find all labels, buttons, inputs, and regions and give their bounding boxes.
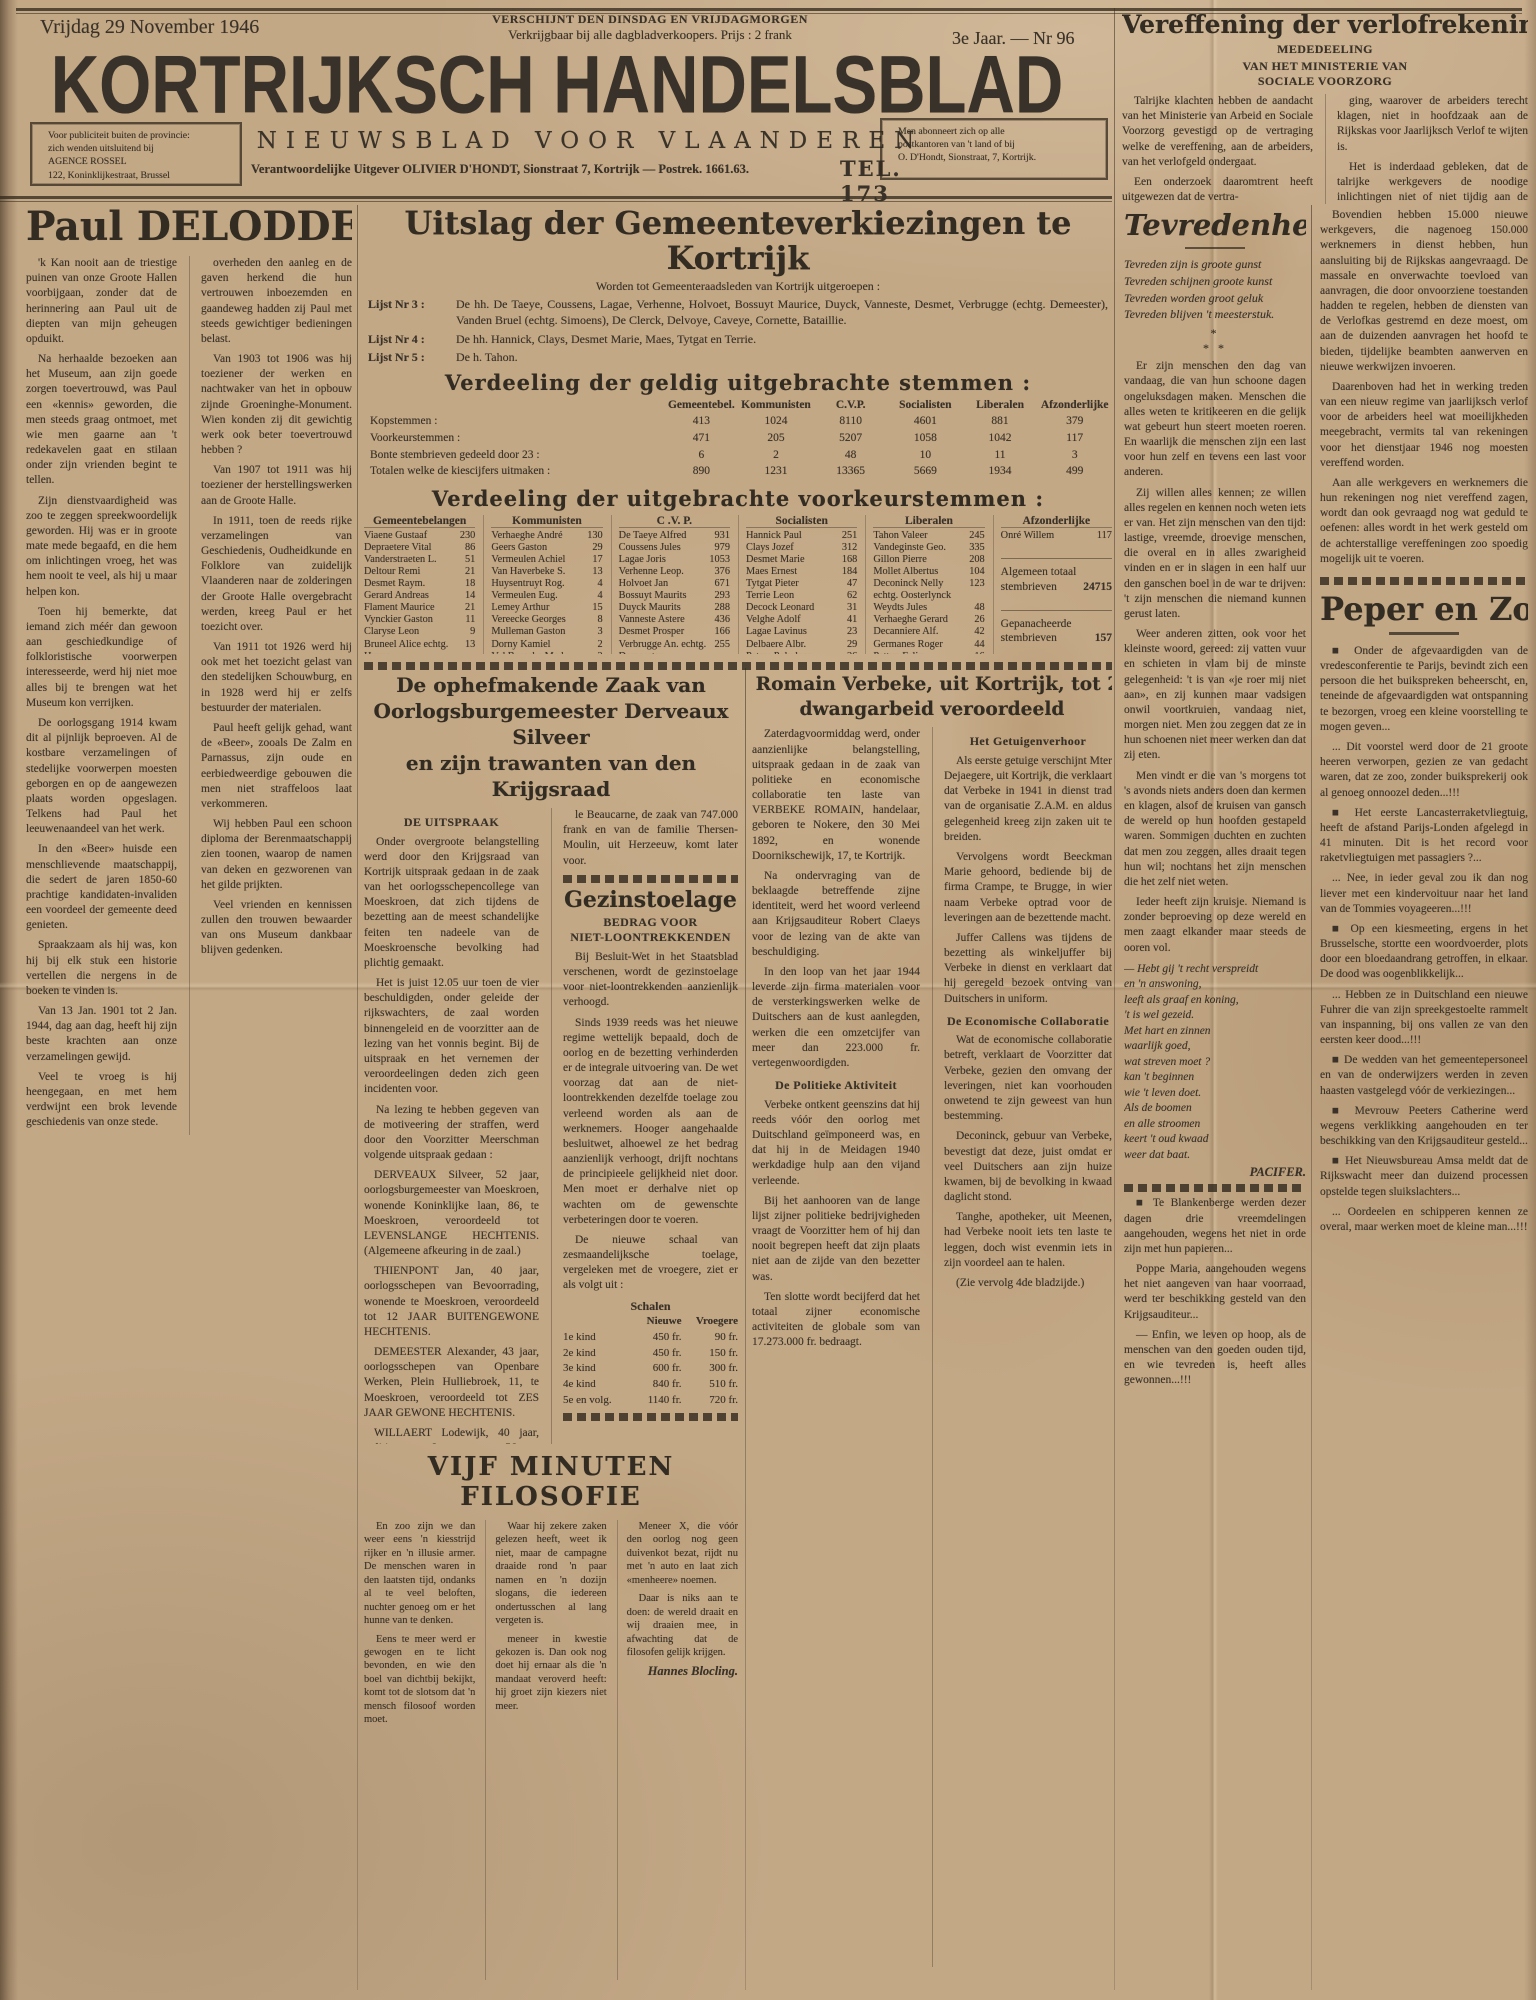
subscription-box: Men abonneert zich op allepostkantoren v… <box>880 118 1108 180</box>
schalen-row: 2e kind450 fr.150 fr. <box>563 1346 738 1362</box>
article-paragraph: Paul heeft gelijk gehad, want de «Beer»,… <box>201 721 352 812</box>
article-paragraph: Bij het aanhooren van de lange lijst zij… <box>752 1194 920 1285</box>
candidate-row: Delbaere Albr.29 <box>746 639 857 651</box>
candidate-row: Clays Jozef312 <box>746 542 857 554</box>
tevredenheid-headline: Tevredenheid <box>1124 208 1306 242</box>
article-paragraph: Na ondervraging van de beklaagde betreff… <box>752 869 920 960</box>
verdict-list: DERVEAUX Silveer, 52 jaar, oorlogsburgem… <box>364 1168 539 1444</box>
article-paragraph: Toen hij bemerkte, dat iemand zich méér … <box>26 605 177 711</box>
candidate-row: Mollet Albertus104 <box>873 566 984 578</box>
candidate-row: Maes Ernest184 <box>746 566 857 578</box>
section-divider-dashed <box>364 662 1112 670</box>
article-paragraph: Van 1911 tot 1926 werd hij ook met het t… <box>201 640 352 716</box>
poem-line: wat streven moet ? <box>1124 1055 1306 1071</box>
article-vereffening: Vereffening der verlofrekeningen MEDEDEE… <box>1122 12 1528 204</box>
headline-underline <box>1389 632 1459 635</box>
candidate-row: Holvoet Jan671 <box>619 578 730 590</box>
subscription-line: Men abonneert zich op alle <box>886 125 1102 138</box>
article-paragraph: le Beaucarne, de zaak van 747.000 frank … <box>563 808 738 869</box>
article-paragraph: — Enfin, we leven op hoop, als de mensch… <box>1124 1328 1306 1389</box>
article-paragraph: Spraakzaam als hij was, kon hij bij elk … <box>26 938 177 999</box>
voorkeur-col-afzonderlijke: Afzonderlijke Onré Willem117 Algemeen to… <box>993 515 1112 654</box>
verdict-paragraph: DERVEAUX Silveer, 52 jaar, oorlogsburgem… <box>364 1168 539 1259</box>
candidate-row: Vanderstraeten L.51 <box>364 554 475 566</box>
tevredenheid-poem: — Hebt gij 't recht verspreidten 'n answ… <box>1124 962 1306 1164</box>
poem-line: kan 't beginnen <box>1124 1070 1306 1086</box>
stemmen-row: Voorkeurstemmen :471205520710581042117 <box>364 430 1112 447</box>
article-paragraph: Meneer X, die vóór den oorlog nog geen d… <box>627 1520 738 1587</box>
candidate-row: Vanneste Astere436 <box>619 614 730 626</box>
article-paragraph: overheden den aanleg en de gaven herkend… <box>201 256 352 347</box>
candidate-row: Onré Willem117 <box>1001 530 1112 542</box>
ad-box-line: Voor publiciteit buiten de provincie: <box>36 129 236 142</box>
elections-lists: Lijst Nr 3 :De hh. De Taeye, Coussens, L… <box>364 297 1112 365</box>
column-divider <box>745 668 746 1990</box>
schalen-title: Schalen <box>563 1299 738 1314</box>
article-paragraph: Een onderzoek daaromtrent heeft uitgewez… <box>1122 175 1313 204</box>
deloddere-headline: Paul DELODDERE <box>26 206 345 248</box>
stemmen-row: Totalen welke de kiescijfers uitmaken :8… <box>364 463 1112 480</box>
poem-line: en alle stroomen <box>1124 1117 1306 1133</box>
candidate-row: Vereecke Georges8 <box>491 614 602 626</box>
article-paragraph: Juffer Callens was tijdens de bezetting … <box>944 931 1112 1007</box>
elections-headline: Uitslag der Gemeenteverkiezingen te Kort… <box>364 206 1112 276</box>
article-paragraph: Eens te meer werd er gewogen en te licht… <box>364 1633 475 1727</box>
candidate-row: Tytgat Pieter47 <box>746 578 857 590</box>
peper-headline: Peper en Zout <box>1320 593 1528 625</box>
elections-list-line: Lijst Nr 4 :De hh. Hannick, Clays, Desme… <box>368 332 1108 348</box>
schalen-table: 1e kind450 fr.90 fr.2e kind450 fr.150 fr… <box>563 1330 738 1410</box>
stemmen-row: Bonte stembrieven gedeeld door 23 :62481… <box>364 447 1112 464</box>
news-brief: ■ De wedden van het gemeentepersoneel en… <box>1320 1053 1528 1099</box>
tevredenheid-items: ■ Te Blankenberge werden dezer dagen dri… <box>1124 1196 1306 1388</box>
article-paragraph: Daarenboven had het in werking treden va… <box>1320 380 1528 471</box>
deloddere-col1: 'k Kan nooit aan de triestige puinen van… <box>26 256 177 1135</box>
schedule-line1: VERSCHIJNT DEN DINSDAG EN VRIJDAGMORGEN <box>430 12 870 27</box>
headline-underline <box>1185 247 1245 249</box>
voorkeur-col-kommunisten: Kommunisten Verhaeghe André130Geers Gast… <box>483 515 602 654</box>
article-paragraph: En zoo zijn we dan weer eens 'n kiesstri… <box>364 1520 475 1628</box>
article-paragraph: Zijn dienstvaardigheid was zoo te zeggen… <box>26 494 177 600</box>
schalen-header-row: NieuweVroegere <box>563 1314 738 1330</box>
party-header: C .V. P. <box>619 515 730 528</box>
column-divider <box>1114 8 1115 1990</box>
tevredenheid-body: Er zijn menschen den dag van vandaag, di… <box>1124 359 1306 956</box>
article-paragraph: Ieder heeft zijn kruisje. Niemand is zon… <box>1124 895 1306 956</box>
candidate-row: Vynckier Gaston11 <box>364 614 475 626</box>
candidate-row: Bossuyt Maurits293 <box>619 590 730 602</box>
candidate-row: Duyck Maurits288 <box>619 602 730 614</box>
subscription-line: postkantoren van 't land of bij <box>886 138 1102 151</box>
article-paragraph: Weer anderen zitten, ook voor het kleins… <box>1124 627 1306 764</box>
article-paragraph: Veel te vroeg is hij heengegaan, en met … <box>26 1070 177 1131</box>
article-paragraph: De oorlogsgang 1914 kwam dit al pijnlijk… <box>26 716 177 837</box>
candidate-row: Viaene Gustaaf230 <box>364 530 475 542</box>
candidate-row: Lagae Lavinus23 <box>746 626 857 638</box>
schalen-row: 3e kind600 fr.300 fr. <box>563 1361 738 1377</box>
verbeke-headline: Romain Verbeke, uit Kortrijk, tot 20 jaa… <box>756 672 1109 721</box>
article-paragraph: Er zijn menschen den dag van vandaag, di… <box>1124 359 1306 480</box>
vereffening-col2: ging, waarover de arbeiders terecht klag… <box>1325 94 1528 204</box>
tevredenheid-divider <box>1124 1184 1306 1192</box>
article-tevredenheid: Tevredenheid Tevreden zijn is groote gun… <box>1124 208 1306 1990</box>
ballot-totals: Algemeen totaal stembrieven24715Gepanach… <box>1001 558 1112 654</box>
article-paragraph: Tanghe, apotheker, uit Meenen, had Verbe… <box>944 1210 1112 1271</box>
article-paragraph: (Zie vervolg 4de bladzijde.) <box>944 1276 1112 1291</box>
asterisk-separator: ** * <box>1124 326 1306 356</box>
elections-list-line: Lijst Nr 5 :De h. Tahon. <box>368 350 1108 366</box>
article-paragraph: Na herhaalde bezoeken aan het Museum, aa… <box>26 352 177 489</box>
schalen-table-head: NieuweVroegere <box>563 1314 738 1330</box>
peper-items: ■ Onder de afgevaardigden van de vredesc… <box>1320 644 1528 1235</box>
candidate-row: Peters Polydoor26 <box>746 651 857 654</box>
candidate-row: Deltour Remi21 <box>364 566 475 578</box>
voorkeur-columns: Gemeentebelangen Viaene Gustaaf230Deprae… <box>364 515 1112 654</box>
column-divider <box>1311 205 1312 1990</box>
poem-line: waarlijk goed, <box>1124 1039 1306 1055</box>
ad-box-line: AGENCE ROSSEL <box>36 155 236 168</box>
candidate-row: Decanniere Alf.42 <box>873 626 984 638</box>
candidate-row: Terrie Leon62 <box>746 590 857 602</box>
article-paragraph: Als eerste getuige verschijnt Mter Dejae… <box>944 754 1112 845</box>
candidate-row: Pattyn Felix16 <box>873 651 984 654</box>
article-paragraph: ■ Te Blankenberge werden dezer dagen dri… <box>1124 1196 1306 1257</box>
article-paragraph: Van 13 Jan. 1901 tot 2 Jan. 1944, dag aa… <box>26 1004 177 1065</box>
filosofie-col1: En zoo zijn we dan weer eens 'n kiesstri… <box>364 1520 475 1980</box>
filosofie-col3: Meneer X, die vóór den oorlog nog geen d… <box>617 1520 738 1980</box>
verbeke-subhead-economisch: De Economische Collaboratie <box>944 1014 1112 1030</box>
party-header: Socialisten <box>746 515 857 528</box>
article-verbeke: Romain Verbeke, uit Kortrijk, tot 20 jaa… <box>752 672 1112 1990</box>
candidate-row: Hannick Paul251 <box>746 530 857 542</box>
gezinstoelage-divider <box>563 875 738 883</box>
candidate-row: Desmet Marie168 <box>746 554 857 566</box>
article-paragraph: Waar hij zekere zaken gelezen heeft, wee… <box>495 1520 606 1628</box>
article-paragraph: Onder overgroote belangstelling werd doo… <box>364 835 539 972</box>
candidate-row: Tahon Valeer245 <box>873 530 984 542</box>
candidate-row: Lemey Arthur15 <box>491 602 602 614</box>
party-header: Afzonderlijke <box>1001 515 1112 528</box>
stemmen-row: Kopstemmen :413102481104601881379 <box>364 413 1112 430</box>
news-brief: ... Dit voorstel werd door de 21 groote … <box>1320 740 1528 801</box>
advertising-box: Voor publiciteit buiten de provincie:zic… <box>30 122 242 186</box>
voorkeur-col-cvp: C .V. P. De Taeye Alfred931Coussens Jule… <box>611 515 730 654</box>
candidate-row: Verhenne Leop.376 <box>619 566 730 578</box>
voorkeur-col-liberalen: Liberalen Tahon Valeer245Vandeginste Geo… <box>865 515 984 654</box>
vereffening-subhead: VAN HET MINISTERIE VAN <box>1122 59 1528 75</box>
candidate-row: Desmet Prosper166 <box>619 626 730 638</box>
article-gezinstoelage: Gezinstoelage BEDRAG VOOR NIET-LOONTREKK… <box>563 875 738 1422</box>
candidate-row: Mulleman Gaston3 <box>491 626 602 638</box>
newspaper-page: Vrijdag 29 November 1946 VERSCHIJNT DEN … <box>0 0 1536 2000</box>
verdict-paragraph: DEMEESTER Alexander, 43 jaar, oorlogssch… <box>364 1345 539 1421</box>
article-paragraph: Wat de economische collaboratie betreft,… <box>944 1033 1112 1124</box>
article-paragraph: Sinds 1939 reeds was het nieuwe regime w… <box>563 1016 738 1228</box>
news-brief: ■ Op een kiesmeeting, ergens in het Brus… <box>1320 922 1528 983</box>
verbeke-col1: Zaterdagvoormiddag werd, onder aanzienli… <box>752 727 920 1967</box>
article-paragraph: Bovendien hebben 15.000 nieuwe werkgever… <box>1320 208 1528 375</box>
gezinstoelage-subhead: BEDRAG VOOR <box>563 915 738 931</box>
news-brief: ... Oordeelen en schipperen kennen ze ov… <box>1320 1205 1528 1235</box>
candidate-row: Germanes Roger44 <box>873 639 984 651</box>
motto-line: Tevreden worden groot geluk <box>1124 290 1306 307</box>
candidate-row: Flament Maurice21 <box>364 602 475 614</box>
candidate-row: Desmet Raym.18 <box>364 578 475 590</box>
article-paragraph: Verbeke ontkent geenszins dat hij reeds … <box>752 1098 920 1189</box>
filosofie-signature: Hannes Blocling. <box>627 1664 738 1679</box>
subscription-line: O. D'Hondt, Sionstraat, 7, Kortrijk. <box>886 151 1102 164</box>
poem-line: 't is wel gezeid. <box>1124 1008 1306 1024</box>
candidate-row: Verhaeghe Gerard26 <box>873 614 984 626</box>
article-paragraph: Het is inderdaad gebleken, dat de talrij… <box>1337 160 1528 204</box>
deloddere-col2: overheden den aanleg en de gaven herkend… <box>189 256 352 1135</box>
article-paragraph: Talrijke klachten hebben de aandacht van… <box>1122 94 1313 170</box>
motto-line: Tevreden blijven 't meesterstuk. <box>1124 306 1306 323</box>
poem-line: keert 't oud kwaad <box>1124 1132 1306 1148</box>
issue-date: Vrijdag 29 November 1946 <box>40 16 380 39</box>
article-paragraph: Men vindt er die van 's morgens tot 's a… <box>1124 769 1306 890</box>
newspaper-title: KORTRIJKSCH HANDELSBLAD <box>20 44 1094 126</box>
derveaux-col2: le Beaucarne, de zaak van 747.000 frank … <box>551 808 738 1444</box>
filosofie-col2: Waar hij zekere zaken gelezen heeft, wee… <box>485 1520 606 1980</box>
article-paragraph: Wij hebben Paul een schoon diploma der B… <box>201 817 352 893</box>
article-filosofie: VIJF MINUTEN FILOSOFIE En zoo zijn we da… <box>364 1452 738 1990</box>
article-paragraph: Het is juist 12.05 uur toen de vier besc… <box>364 976 539 1097</box>
candidate-row: De Taeye Alfred931 <box>619 530 730 542</box>
elections-list-line: Lijst Nr 3 :De hh. De Taeye, Coussens, L… <box>368 297 1108 328</box>
article-paragraph: De nieuwe schaal van zesmaandelijksche t… <box>563 1233 738 1294</box>
ad-box-line: zich wenden uitsluitend bij <box>36 142 236 155</box>
gezinstoelage-subhead: NIET-LOONTREKKENDEN <box>563 930 738 946</box>
schedule-line2: Verkrijgbaar bij alle dagbladverkoopers.… <box>430 27 870 43</box>
poem-line: en 'n answoning, <box>1124 977 1306 993</box>
right-column: Bovendien hebben 15.000 nieuwe werkgever… <box>1320 208 1528 1990</box>
article-deloddere: Paul DELODDERE 'k Kan nooit aan de tries… <box>26 206 352 1990</box>
candidate-row: Verhaeghe André130 <box>491 530 602 542</box>
candidate-row: Lagae Joris1053 <box>619 554 730 566</box>
article-elections: Uitslag der Gemeenteverkiezingen te Kort… <box>364 206 1112 654</box>
candidate-row: Deconinck Nelly echtg. Oosterlynck123 <box>873 578 984 602</box>
candidate-row: Coussens Jules979 <box>619 542 730 554</box>
vereffening-continuation: Bovendien hebben 15.000 nieuwe werkgever… <box>1320 208 1528 567</box>
verdict-paragraph: THIENPONT Jan, 40 jaar, oorlogsschepen v… <box>364 1264 539 1340</box>
schalen-row: 4e kind840 fr.510 fr. <box>563 1377 738 1393</box>
gezinstoelage-end-divider <box>563 1413 738 1421</box>
verbeke-subhead-getuigen: Het Getuigenverhoor <box>944 734 1112 750</box>
peper-divider <box>1320 577 1528 585</box>
ballot-total-row: Gepanacheerde stembrieven157 <box>1001 610 1112 646</box>
candidate-row: Vandeginste Geo.335 <box>873 542 984 554</box>
voorkeur-title: Verdeeling der uitgebrachte voorkeurstem… <box>364 486 1112 511</box>
candidate-row: Vermeulen Achiel17 <box>491 554 602 566</box>
candidate-row: V.d.Bussche Med.2 <box>491 651 602 654</box>
ballot-total-row: Algemeen totaal stembrieven24715 <box>1001 558 1112 594</box>
elections-intro: Worden tot Gemeenteraadsleden van Kortri… <box>364 279 1112 294</box>
verbeke-subhead-politiek: De Politieke Aktiviteit <box>752 1078 920 1094</box>
gezinstoelage-headline: Gezinstoelage <box>563 887 738 913</box>
motto-line: Tevreden zijn is groote gunst <box>1124 256 1306 273</box>
party-header: Liberalen <box>873 515 984 528</box>
voorkeur-col-gemeentebelangen: Gemeentebelangen Viaene Gustaaf230Deprae… <box>364 515 475 654</box>
candidate-row: Gerard Andreas14 <box>364 590 475 602</box>
vereffening-headline: Vereffening der verlofrekeningen <box>1122 12 1528 38</box>
party-header: Gemeentebelangen <box>364 515 475 528</box>
candidate-row: Velghe Adolf41 <box>746 614 857 626</box>
poem-line: Met hart en zinnen <box>1124 1024 1306 1040</box>
ad-box-line: 122, Koninklijkestraat, Brussel <box>36 169 236 182</box>
candidate-row: Van Haverbeke S.13 <box>491 566 602 578</box>
article-paragraph: Daar is niks aan te doen: de wereld draa… <box>627 1592 738 1659</box>
article-paragraph: Deconinck, gebuur van Verbeke, bevestigt… <box>944 1129 1112 1205</box>
candidate-row: Depraetere Vital86 <box>364 542 475 554</box>
article-paragraph: Van 1907 tot 1911 was hij toeziener der … <box>201 463 352 509</box>
article-derveaux: De ophefmakende Zaak van Oorlogsburgemee… <box>364 672 738 1444</box>
poem-line: wie 't leven doet. <box>1124 1086 1306 1102</box>
vereffening-subhead: MEDEDEELING <box>1122 42 1528 58</box>
candidate-row: Weydts Jules48 <box>873 602 984 614</box>
schalen-row: 5e en volg.1140 fr.720 fr. <box>563 1393 738 1409</box>
article-paragraph: Na lezing te hebben gegeven van de motiv… <box>364 1103 539 1164</box>
candidate-row: Geers Gaston29 <box>491 542 602 554</box>
news-brief: ... Hebben ze in Duitschland een nieuwe … <box>1320 988 1528 1049</box>
poem-line: — Hebt gij 't recht verspreidt <box>1124 962 1306 978</box>
article-paragraph: ging, waarover de arbeiders terecht klag… <box>1337 94 1528 155</box>
stemmen-table: Kopstemmen :413102481104601881379Voorkeu… <box>364 413 1112 480</box>
article-paragraph: Aan alle werkgevers en werknemers die hu… <box>1320 476 1528 567</box>
vereffening-col1: Talrijke klachten hebben de aandacht van… <box>1122 94 1313 204</box>
derveaux-headline: De ophefmakende Zaak van Oorlogsburgemee… <box>364 672 738 802</box>
candidate-row: Vermeulen Eug.4 <box>491 590 602 602</box>
article-paragraph: Van 1903 tot 1906 was hij toeziener der … <box>201 352 352 458</box>
article-paragraph: Zaterdagvoormiddag werd, onder aanzienli… <box>752 727 920 864</box>
stemmen-title: Verdeeling der geldig uitgebrachte stemm… <box>364 370 1112 395</box>
article-paragraph: In den loop van het jaar 1944 leverde zi… <box>752 965 920 1071</box>
candidate-row: Claryse Leon9 <box>364 626 475 638</box>
publisher-line: Verantwoordelijke Uitgever OLIVIER D'HON… <box>170 162 830 177</box>
stemmen-header-row: Gemeentebel.KommunistenC.V.P.Socialisten… <box>364 397 1112 414</box>
derveaux-col1: DE UITSPRAAK Onder overgroote belangstel… <box>364 808 539 1444</box>
candidate-row: Gillon Pierre208 <box>873 554 984 566</box>
voorkeur-col-socialisten: Socialisten Hannick Paul251Clays Jozef31… <box>738 515 857 654</box>
poem-line: leeft als graaf en koning, <box>1124 993 1306 1009</box>
article-paragraph: Veel vrienden en kennissen zullen den tr… <box>201 898 352 959</box>
filosofie-headline: VIJF MINUTEN FILOSOFIE <box>364 1452 738 1512</box>
article-paragraph: Poppe Maria, aangehouden wegens het niet… <box>1124 1262 1306 1323</box>
article-paragraph: meneer in kwestie gekozen is. Dan ook no… <box>495 1633 606 1714</box>
candidate-row: Verbrugge An. echtg. Demeester255 <box>619 639 730 654</box>
article-paragraph: In 1911, toen de reeds rijke verzameling… <box>201 514 352 635</box>
article-paragraph: 'k Kan nooit aan de triestige puinen van… <box>26 256 177 347</box>
verdict-paragraph: WILLAERT Lodewijk, 40 jaar, politieagent… <box>364 1426 539 1444</box>
news-brief: ■ Het eerste Lancasterraketvliegtuig, he… <box>1320 806 1528 867</box>
article-paragraph: Bij Besluit-Wet in het Staatsblad versch… <box>563 950 738 1011</box>
poem-line: weer dat baat. <box>1124 1148 1306 1164</box>
article-paragraph: Zij willen alles kennen; ze willen alles… <box>1124 486 1306 623</box>
article-paragraph: Vervolgens wordt Beeckman Marie gehoord,… <box>944 850 1112 926</box>
motto-line: Tevreden schijnen groote kunst <box>1124 273 1306 290</box>
tevredenheid-signature: PACIFER. <box>1124 1165 1306 1180</box>
publication-schedule: VERSCHIJNT DEN DINSDAG EN VRIJDAGMORGEN … <box>430 12 870 43</box>
tevredenheid-motto: Tevreden zijn is groote gunstTevreden sc… <box>1124 256 1306 323</box>
column-divider <box>357 205 358 1990</box>
candidate-row: Huysentruyt Rog.4 <box>491 578 602 590</box>
candidate-row: Dorny Kamiel2 <box>491 639 602 651</box>
candidate-row: Bruneel Alice echtg. Huyse13 <box>364 639 475 654</box>
vereffening-subhead: SOCIALE VOORZORG <box>1122 74 1528 90</box>
article-paragraph: Ten slotte wordt becijferd dat het totaa… <box>752 1290 920 1351</box>
news-brief: ■ Onder de afgevaardigden van de vredesc… <box>1320 644 1528 735</box>
article-paragraph: In den «Beer» huisde een menschlievende … <box>26 842 177 933</box>
stemmen-table-head: Gemeentebel.KommunistenC.V.P.Socialisten… <box>364 397 1112 414</box>
poem-line: Als de boomen <box>1124 1101 1306 1117</box>
news-brief: ... Nee, in ieder geval zou ik dan nog l… <box>1320 871 1528 917</box>
derveaux-subhead: DE UITSPRAAK <box>364 815 539 831</box>
candidate-row: Decock Leonard31 <box>746 602 857 614</box>
news-brief: ■ Mevrouw Peeters Catherine werd wegens … <box>1320 1104 1528 1150</box>
news-brief: ■ Het Nieuwsbureau Amsa meldt dat de Rij… <box>1320 1154 1528 1200</box>
schalen-row: 1e kind450 fr.90 fr. <box>563 1330 738 1346</box>
party-header: Kommunisten <box>491 515 602 528</box>
verbeke-col2: Het Getuigenverhoor Als eerste getuige v… <box>932 727 1112 1967</box>
